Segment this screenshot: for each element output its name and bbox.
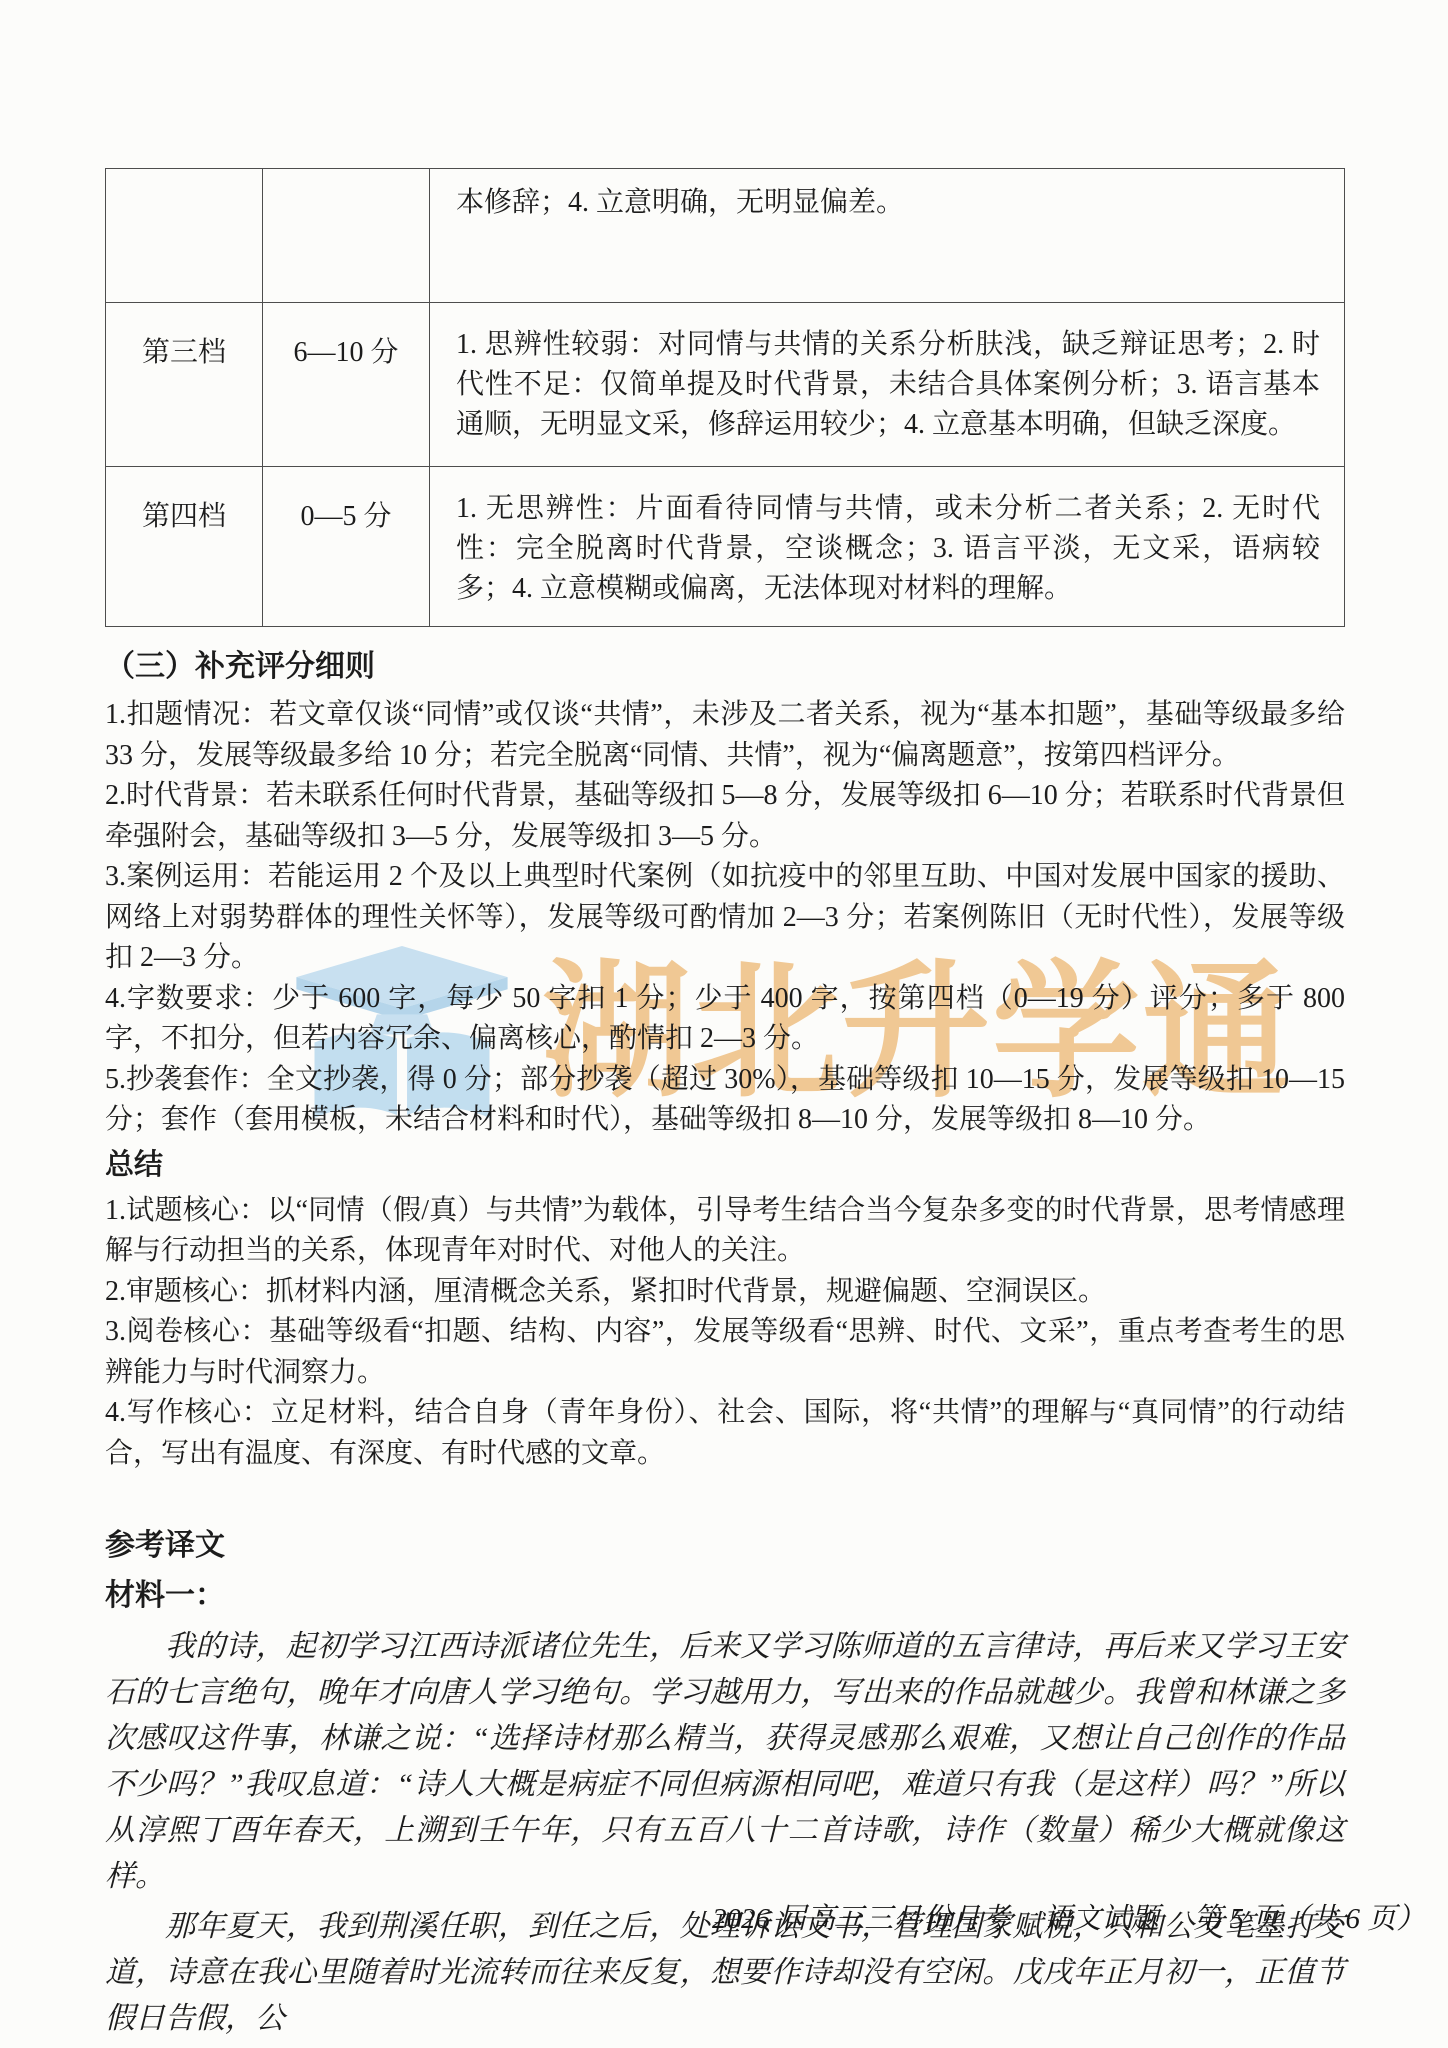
table-row: 本修辞；4. 立意明确，无明显偏差。 [106, 169, 1345, 303]
rubric-level-cell: 第四档 [106, 467, 263, 627]
scanned-exam-page: 湖北升学通 本修辞；4. 立意明确，无明显偏差。 第三档 6—10 分 1. 思… [0, 0, 1448, 2048]
supplement-item: 2.时代背景：若未联系任何时代背景，基础等级扣 5—8 分，发展等级扣 6—10… [105, 776, 1345, 857]
scoring-rubric-table: 本修辞；4. 立意明确，无明显偏差。 第三档 6—10 分 1. 思辨性较弱：对… [105, 168, 1345, 627]
supplement-item: 1.扣题情况：若文章仅谈“同情”或仅谈“共情”，未涉及二者关系，视为“基本扣题”… [105, 695, 1345, 776]
rubric-level-cell [106, 169, 263, 303]
supplement-heading: （三）补充评分细则 [105, 647, 1345, 687]
rubric-score-cell [263, 169, 430, 303]
rubric-criteria-cell: 1. 思辨性较弱：对同情与共情的关系分析肤浅，缺乏辩证思考；2. 时代性不足：仅… [430, 303, 1345, 467]
rubric-score-cell: 6—10 分 [263, 303, 430, 467]
footer-exam-title: 2026 届高三三月份月考 [712, 1903, 1009, 1935]
rubric-criteria-cell: 本修辞；4. 立意明确，无明显偏差。 [430, 169, 1345, 303]
summary-item: 4.写作核心：立足材料，结合自身（青年身份）、社会、国际，将“共情”的理解与“真… [105, 1393, 1345, 1474]
material-one-label: 材料一： [105, 1576, 1345, 1616]
footer-page-number: 第 5 页（共 6 页） [1193, 1903, 1425, 1935]
supplement-item: 4.字数要求：少于 600 字，每少 50 字扣 1 分；少于 400 字，按第… [105, 979, 1345, 1060]
summary-heading: 总结 [105, 1145, 1345, 1185]
summary-item: 2.审题核心：抓材料内涵，厘清概念关系，紧扣时代背景，规避偏题、空洞误区。 [105, 1272, 1345, 1313]
table-row: 第三档 6—10 分 1. 思辨性较弱：对同情与共情的关系分析肤浅，缺乏辩证思考… [106, 303, 1345, 467]
rubric-criteria-cell: 1. 无思辨性：片面看待同情与共情，或未分析二者关系；2. 无时代性：完全脱离时… [430, 467, 1345, 627]
supplement-item: 5.抄袭套作：全文抄袭，得 0 分；部分抄袭（超过 30%），基础等级扣 10—… [105, 1060, 1345, 1141]
rubric-score-cell: 0—5 分 [263, 467, 430, 627]
translation-paragraph: 我的诗，起初学习江西诗派诸位先生，后来又学习陈师道的五言律诗，再后来又学习王安石… [105, 1624, 1345, 1900]
page-content: 本修辞；4. 立意明确，无明显偏差。 第三档 6—10 分 1. 思辨性较弱：对… [105, 168, 1345, 2042]
rubric-level-cell: 第三档 [106, 303, 263, 467]
summary-item: 3.阅卷核心：基础等级看“扣题、结构、内容”，发展等级看“思辨、时代、文采”，重… [105, 1312, 1345, 1393]
page-footer: 2026 届高三三月份月考语文试题第 5 页（共 6 页） [712, 1896, 1425, 1937]
supplement-item: 3.案例运用：若能运用 2 个及以上典型时代案例（如抗疫中的邻里互助、中国对发展… [105, 857, 1345, 979]
table-row: 第四档 0—5 分 1. 无思辨性：片面看待同情与共情，或未分析二者关系；2. … [106, 467, 1345, 627]
footer-subject: 语文试题 [1043, 1903, 1159, 1935]
summary-item: 1.试题核心：以“同情（假/真）与共情”为载体，引导考生结合当今复杂多变的时代背… [105, 1191, 1345, 1272]
translation-heading: 参考译文 [105, 1526, 1345, 1566]
